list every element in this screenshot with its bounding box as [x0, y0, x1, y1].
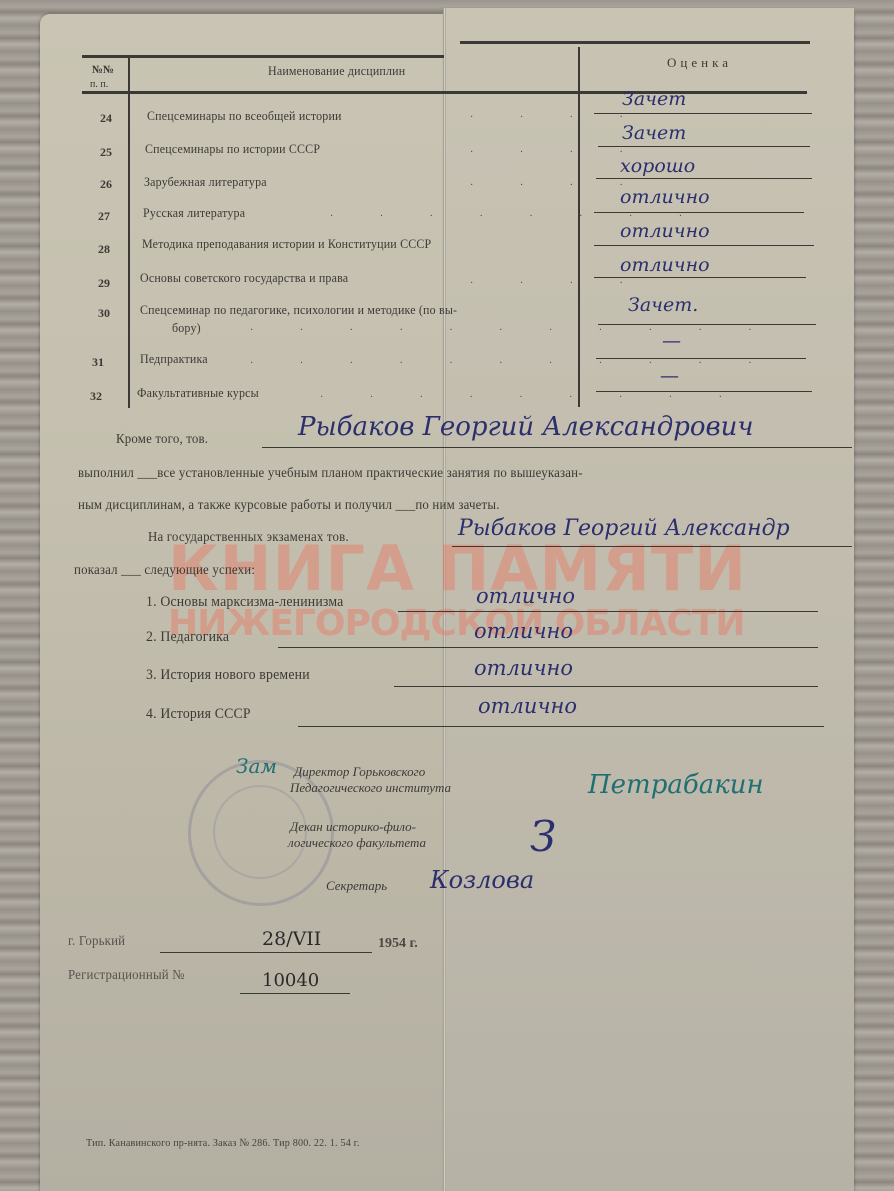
row-number: 28 [98, 242, 110, 257]
dot-leader: · · · · [470, 278, 645, 289]
exam-grade: отлично [474, 656, 573, 680]
dean-title-2: логического факультета [288, 835, 426, 850]
secretary-signature: Козлова [430, 866, 534, 894]
registration-label: Регистрационный № [68, 968, 185, 984]
row-number: 27 [98, 209, 110, 224]
director-signature: Петрабакин [588, 770, 764, 800]
grade-value: Зачет. [628, 294, 698, 316]
student-name: Рыбаков Георгий Александрович [298, 412, 754, 442]
statement-line-3: ным дисциплинам, а также курсовые работы… [78, 498, 500, 514]
exams-name-underline [452, 546, 852, 547]
exam-grade: отлично [474, 619, 573, 643]
table-top-rule-right [460, 41, 810, 44]
dean-title-1: Декан историко-фило- [290, 819, 416, 834]
discipline-name: Русская литература [143, 205, 245, 221]
discipline-name: Зарубежная литература [144, 174, 267, 190]
secretary-title: Секретарь [326, 878, 387, 893]
num-header-1: №№ [92, 64, 114, 76]
exam-subject: 4. История СССР [146, 706, 251, 723]
director-title-2: Педагогического института [290, 780, 451, 795]
discipline-name: Спецсеминары по всеобщей истории [147, 108, 342, 124]
student-name-exams: Рыбаков Георгий Александр [458, 516, 790, 541]
discipline-name-continued: бору) [172, 320, 201, 336]
grade-value: отлично [620, 220, 710, 242]
registration-underline [240, 993, 350, 994]
row-number: 25 [100, 145, 112, 160]
row-number: 32 [90, 389, 102, 404]
discipline-name: Спецсеминары по истории СССР [145, 141, 320, 157]
city-label: г. Горький [68, 934, 125, 950]
exam-grade: отлично [478, 694, 577, 718]
row-number: 31 [92, 355, 104, 370]
grade-header: Оценка [667, 55, 732, 71]
date-underline [160, 952, 372, 953]
grade-column-divider [578, 47, 580, 407]
exam-underline [298, 726, 824, 727]
exam-underline [278, 647, 818, 648]
discipline-name: Педпрактика [140, 351, 208, 367]
dot-leader: · · · · · · · · · · · [250, 325, 774, 336]
discipline-header: Наименование дисциплин [268, 63, 405, 79]
exam-underline [394, 686, 818, 687]
exams-line-2: показал ___ следующие успехи: [74, 563, 255, 579]
dot-leader: · · · · [470, 112, 645, 123]
row-number: 24 [100, 111, 112, 126]
dot-leader: · · · · · · · · · · · [250, 358, 774, 369]
director-title-1: Директор Горьковского [294, 764, 425, 779]
row-number: 26 [100, 177, 112, 192]
dot-leader: · · · · · · · · [330, 211, 704, 222]
grade-value: Зачет [622, 88, 686, 110]
discipline-name: Спецсеминар по педагогике, психологии и … [140, 302, 457, 318]
registration-number: 10040 [262, 970, 319, 991]
dot-leader: · · · · [470, 180, 645, 191]
discipline-name: Основы советского государства и права [140, 270, 348, 286]
deputy-prefix: Зам [236, 754, 277, 778]
grade-underline [594, 245, 814, 246]
dot-leader: · · · · [470, 147, 645, 158]
exams-lead: На государственных экзаменах тов. [148, 530, 349, 546]
name-underline [262, 447, 852, 448]
grade-value: хорошо [620, 155, 695, 177]
exam-grade: отлично [476, 584, 575, 608]
table-top-rule [82, 55, 444, 58]
table-header-rule [82, 91, 807, 94]
dot-leader: · · · · · · · · · [320, 392, 744, 403]
num-header-2: п. п. [90, 79, 108, 90]
dean-signature: З [530, 812, 556, 861]
issue-year: 1954 г. [378, 936, 418, 952]
statement-line-2: выполнил ___все установленные учебным пл… [78, 466, 583, 482]
num-column-divider [128, 58, 130, 408]
row-number: 30 [98, 306, 110, 321]
statement-lead: Кроме того, тов. [116, 432, 208, 448]
printer-imprint: Тип. Канавинского пр-нята. Заказ № 286. … [86, 1137, 360, 1149]
grade-value: Зачет [622, 122, 686, 144]
exam-subject: 1. Основы марксизма-ленинизма [146, 594, 343, 611]
exam-subject: 2. Педагогика [146, 629, 229, 646]
discipline-name: Методика преподавания истории и Конститу… [142, 236, 431, 252]
issue-date: 28/VII [262, 928, 321, 950]
grade-underline [596, 178, 812, 179]
grade-value: отлично [620, 254, 710, 276]
discipline-name: Факультативные курсы [137, 385, 259, 401]
row-number: 29 [98, 276, 110, 291]
exam-subject: 3. История нового времени [146, 667, 310, 684]
exam-underline [398, 611, 818, 612]
